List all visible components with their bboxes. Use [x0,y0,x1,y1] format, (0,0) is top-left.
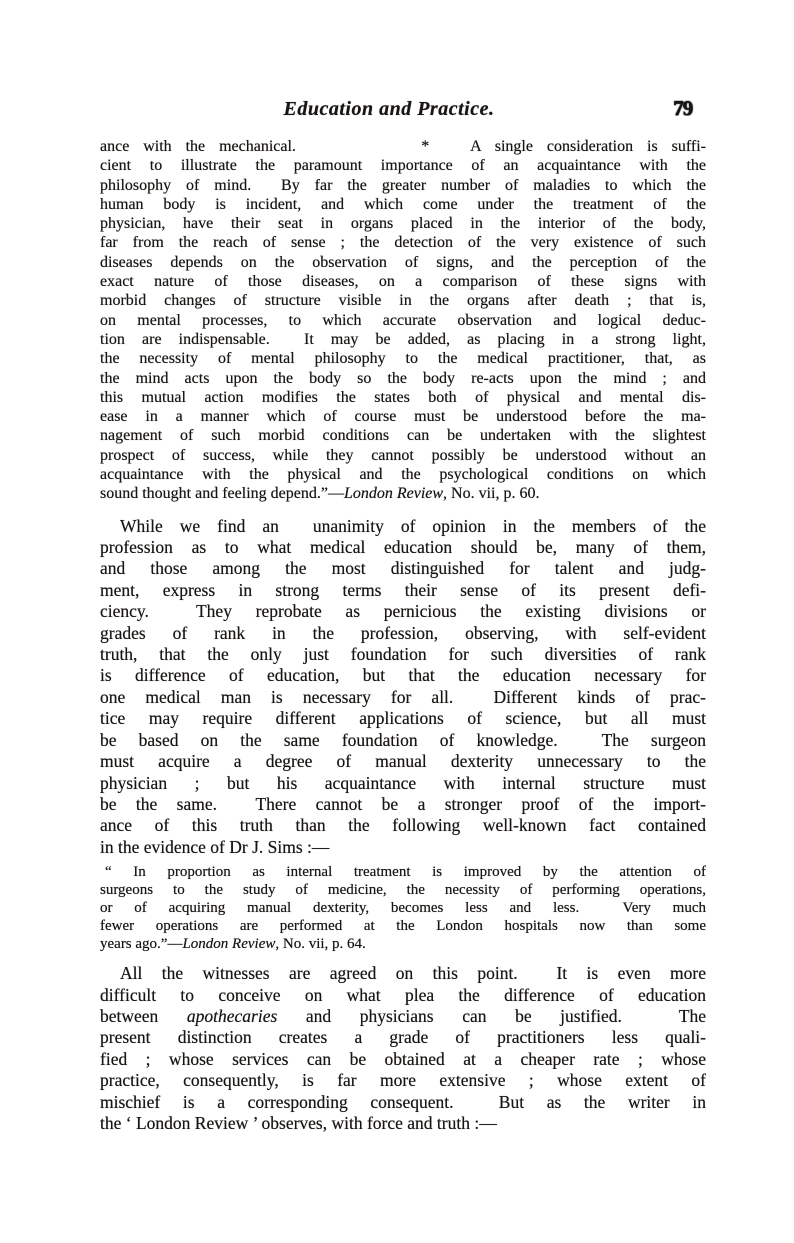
text-line: tice may require different applications … [100,708,706,729]
text-line: ance of this truth than the following we… [100,815,706,836]
text-line: practice, consequently, is far more exte… [100,1070,706,1091]
text-line: physician, have their seat in organs pla… [100,214,706,233]
page-number: 79 [673,96,692,121]
text-block: All the witnesses are agreed on this poi… [100,963,706,1134]
text-line: in the evidence of Dr J. Sims :— [100,837,706,858]
text-line: be based on the same foundation of knowl… [100,730,706,751]
text-line: and those among the most distinguished f… [100,558,706,579]
text-line: or of acquiring manual dexterity, become… [100,899,706,917]
text-line: the necessity of mental philosophy to th… [100,349,706,368]
text-line: fied ; whose services can be obtained at… [100,1049,706,1070]
text-line: this mutual action modifies the states b… [100,388,706,407]
text-line: While we find an unanimity of opinion in… [100,516,706,537]
text-line: physician ; but his acquaintance with in… [100,773,706,794]
text-line: the mind acts upon the body so the body … [100,369,706,388]
text-line: ease in a manner which of course must be… [100,407,706,426]
text-line: exact nature of those diseases, on a com… [100,272,706,291]
text-line: cient to illustrate the paramount import… [100,156,706,175]
text-line: grades of rank in the profession, observ… [100,623,706,644]
text-line: the ‘ London Review ’ observes, with for… [100,1113,706,1134]
text-block: ance with the mechanical. * A single con… [100,137,706,504]
text-line: mischief is a corresponding consequent. … [100,1092,706,1113]
text-line: be the same. There cannot be a stronger … [100,794,706,815]
text-line: prospect of success, while they cannot p… [100,446,706,465]
text-line: present distinction creates a grade of p… [100,1027,706,1048]
text-line: human body is incident, and which come u… [100,195,706,214]
text-line: ment, express in strong terms their sens… [100,580,706,601]
text-line: years ago.”—London Review, No. vii, p. 6… [100,935,706,953]
text-line: sound thought and feeling depend.”—Londo… [100,484,706,503]
text-line: nagement of such morbid conditions can b… [100,426,706,445]
text-line: morbid changes of structure visible in t… [100,291,706,310]
text-line: on mental processes, to which accurate o… [100,311,706,330]
text-line: tion are indispensable. It may be added,… [100,330,706,349]
page-body: ance with the mechanical. * A single con… [100,137,706,1134]
text-block: “ In proportion as internal treatment is… [100,863,706,953]
scanned-book-page: Education and Practice. 79 ance with the… [0,0,794,1243]
text-line: ciency. They reprobate as pernicious the… [100,601,706,622]
text-line: truth, that the only just foundation for… [100,644,706,665]
running-head-title: Education and Practice. [86,98,692,121]
text-line: is difference of education, but that the… [100,665,706,686]
text-line: ance with the mechanical. * A single con… [100,137,706,156]
text-line: far from the reach of sense ; the detect… [100,233,706,252]
text-line: difficult to conceive on what plea the d… [100,985,706,1006]
running-head: Education and Practice. 79 [100,98,706,124]
text-block: While we find an unanimity of opinion in… [100,516,706,859]
text-line: diseases depends on the observation of s… [100,253,706,272]
text-line: acquaintance with the physical and the p… [100,465,706,484]
text-line: All the witnesses are agreed on this poi… [100,963,706,984]
text-line: between apothecaries and physicians can … [100,1006,706,1027]
text-line: surgeons to the study of medicine, the n… [100,881,706,899]
text-line: one medical man is necessary for all. Di… [100,687,706,708]
text-line: fewer operations are performed at the Lo… [100,917,706,935]
text-line: profession as to what medical education … [100,537,706,558]
text-line: “ In proportion as internal treatment is… [100,863,706,881]
text-line: philosophy of mind. By far the greater n… [100,176,706,195]
text-line: must acquire a degree of manual dexterit… [100,751,706,772]
